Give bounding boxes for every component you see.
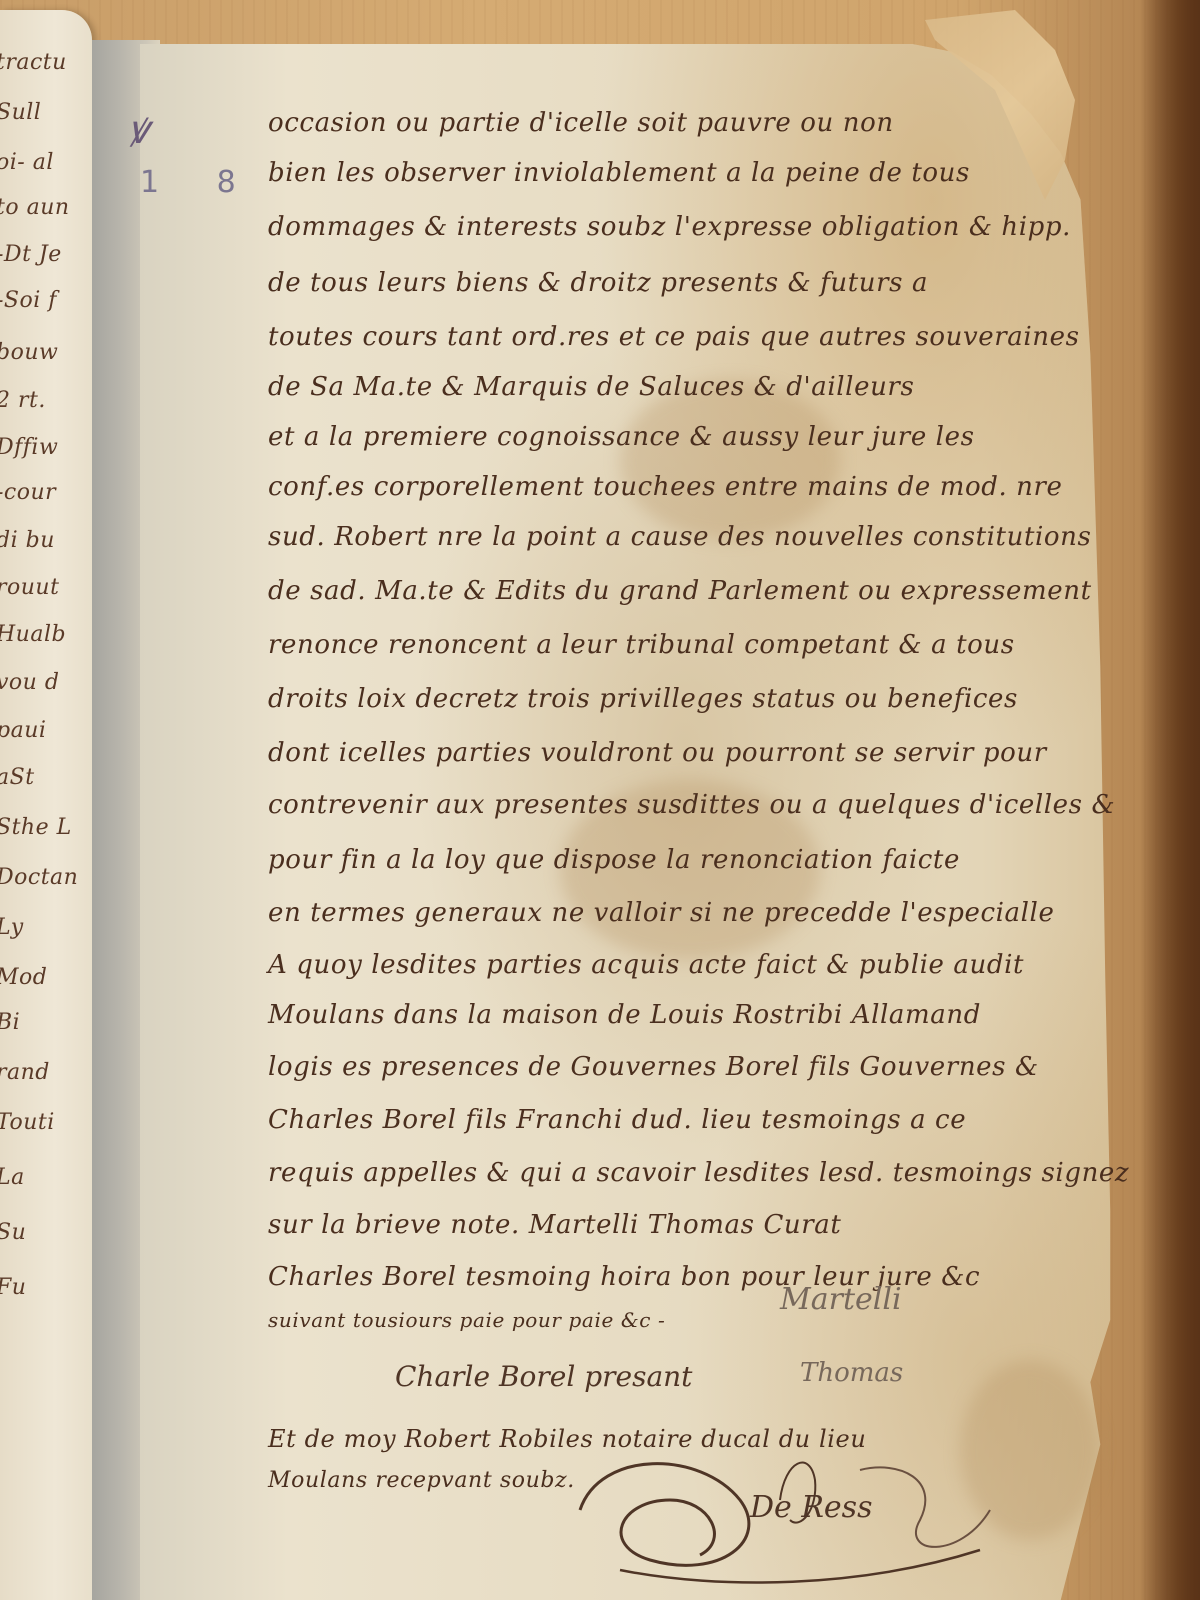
manuscript-line: toutes cours tant ord.res et ce pais que…: [268, 322, 1080, 352]
folio-number: 1 8: [140, 165, 260, 200]
notary-flourish-text: De Ress: [750, 1490, 872, 1525]
left-facing-page: tractu Sull oi- al to aun -Dt Je -Soi f …: [0, 10, 92, 1600]
left-page-fragment: bouw: [0, 340, 92, 365]
manuscript-line: de sad. Ma.te & Edits du grand Parlement…: [268, 576, 1092, 606]
manuscript-line: occasion ou partie d'icelle soit pauvre …: [268, 108, 894, 138]
left-page-fragment: Ly: [0, 915, 92, 940]
manuscript-line: renonce renoncent a leur tribunal compet…: [268, 630, 1015, 660]
left-page-fragment: Touti: [0, 1110, 92, 1135]
manuscript-line: bien les observer inviolablement a la pe…: [268, 158, 970, 188]
manuscript-line: Moulans dans la maison de Louis Rostribi…: [268, 1000, 981, 1030]
signature-martelli: Martelli: [780, 1282, 902, 1317]
manuscript-line: et a la premiere cognoissance & aussy le…: [268, 422, 975, 452]
manuscript-line: droits loix decretz trois privilleges st…: [268, 684, 1018, 714]
left-page-fragment: La: [0, 1165, 92, 1190]
left-page-fragment: di bu: [0, 528, 92, 553]
left-page-fragment: 2 rt.: [0, 388, 92, 413]
manuscript-line: conf.es corporellement touchees entre ma…: [268, 472, 1063, 502]
left-page-fragment: rand: [0, 1060, 92, 1085]
left-page-fragment: -cour: [0, 480, 92, 505]
left-page-fragment: Su: [0, 1220, 92, 1245]
left-page-fragment: Sull: [0, 100, 92, 125]
margin-mark-icon: ꝟ: [128, 100, 148, 155]
signature-thomas: Thomas: [800, 1358, 903, 1388]
left-page-fragment: Hualb: [0, 622, 92, 647]
left-page-fragment: vou d: [0, 670, 92, 695]
manuscript-line: dommages & interests soubz l'expresse ob…: [268, 212, 1071, 242]
left-page-fragment: Bi: [0, 1010, 92, 1035]
left-page-fragment: -Dt Je: [0, 242, 92, 267]
left-page-fragment: paui: [0, 718, 92, 743]
manuscript-line: sur la brieve note. Martelli Thomas Cura…: [268, 1210, 841, 1240]
dark-edge-background: [1140, 0, 1200, 1600]
left-page-fragment: oi- al: [0, 150, 92, 175]
left-page-fragment: Mod: [0, 965, 92, 990]
notary-clause-line: Moulans recepvant soubz.: [268, 1468, 575, 1493]
left-page-fragment: Dffiw: [0, 435, 92, 460]
left-page-fragment: to aun: [0, 195, 92, 220]
left-page-fragment: Doctan: [0, 865, 92, 890]
manuscript-line: en termes generaux ne valloir si ne prec…: [268, 898, 1054, 928]
manuscript-line: contrevenir aux presentes susdittes ou a…: [268, 790, 1115, 820]
manuscript-line: requis appelles & qui a scavoir lesdites…: [268, 1158, 1129, 1188]
left-page-fragment: tractu: [0, 50, 92, 75]
manuscript-line: A quoy lesdites parties acquis acte faic…: [268, 950, 1024, 980]
left-page-fragment: aSt: [0, 765, 92, 790]
left-page-fragment: Fu: [0, 1275, 92, 1300]
water-stain: [620, 380, 840, 540]
manuscript-line: dont icelles parties vouldront ou pourro…: [268, 738, 1047, 768]
signature-charles-borel: Charle Borel presant: [395, 1360, 692, 1393]
left-page-fragment: -Soi f: [0, 288, 92, 313]
manuscript-line: suivant tousiours paie pour paie &c -: [268, 1308, 665, 1332]
left-page-fragment: Sthe L: [0, 815, 92, 840]
manuscript-line: sud. Robert nre la point a cause des nou…: [268, 522, 1091, 552]
manuscript-line: Charles Borel fils Franchi dud. lieu tes…: [268, 1105, 966, 1135]
manuscript-line: pour fin a la loy que dispose la renonci…: [268, 845, 960, 875]
manuscript-line: de tous leurs biens & droitz presents & …: [268, 268, 928, 298]
left-page-fragment: rouut: [0, 575, 92, 600]
manuscript-line: logis es presences de Gouvernes Borel fi…: [268, 1052, 1039, 1082]
manuscript-line: de Sa Ma.te & Marquis de Saluces & d'ail…: [268, 372, 914, 402]
